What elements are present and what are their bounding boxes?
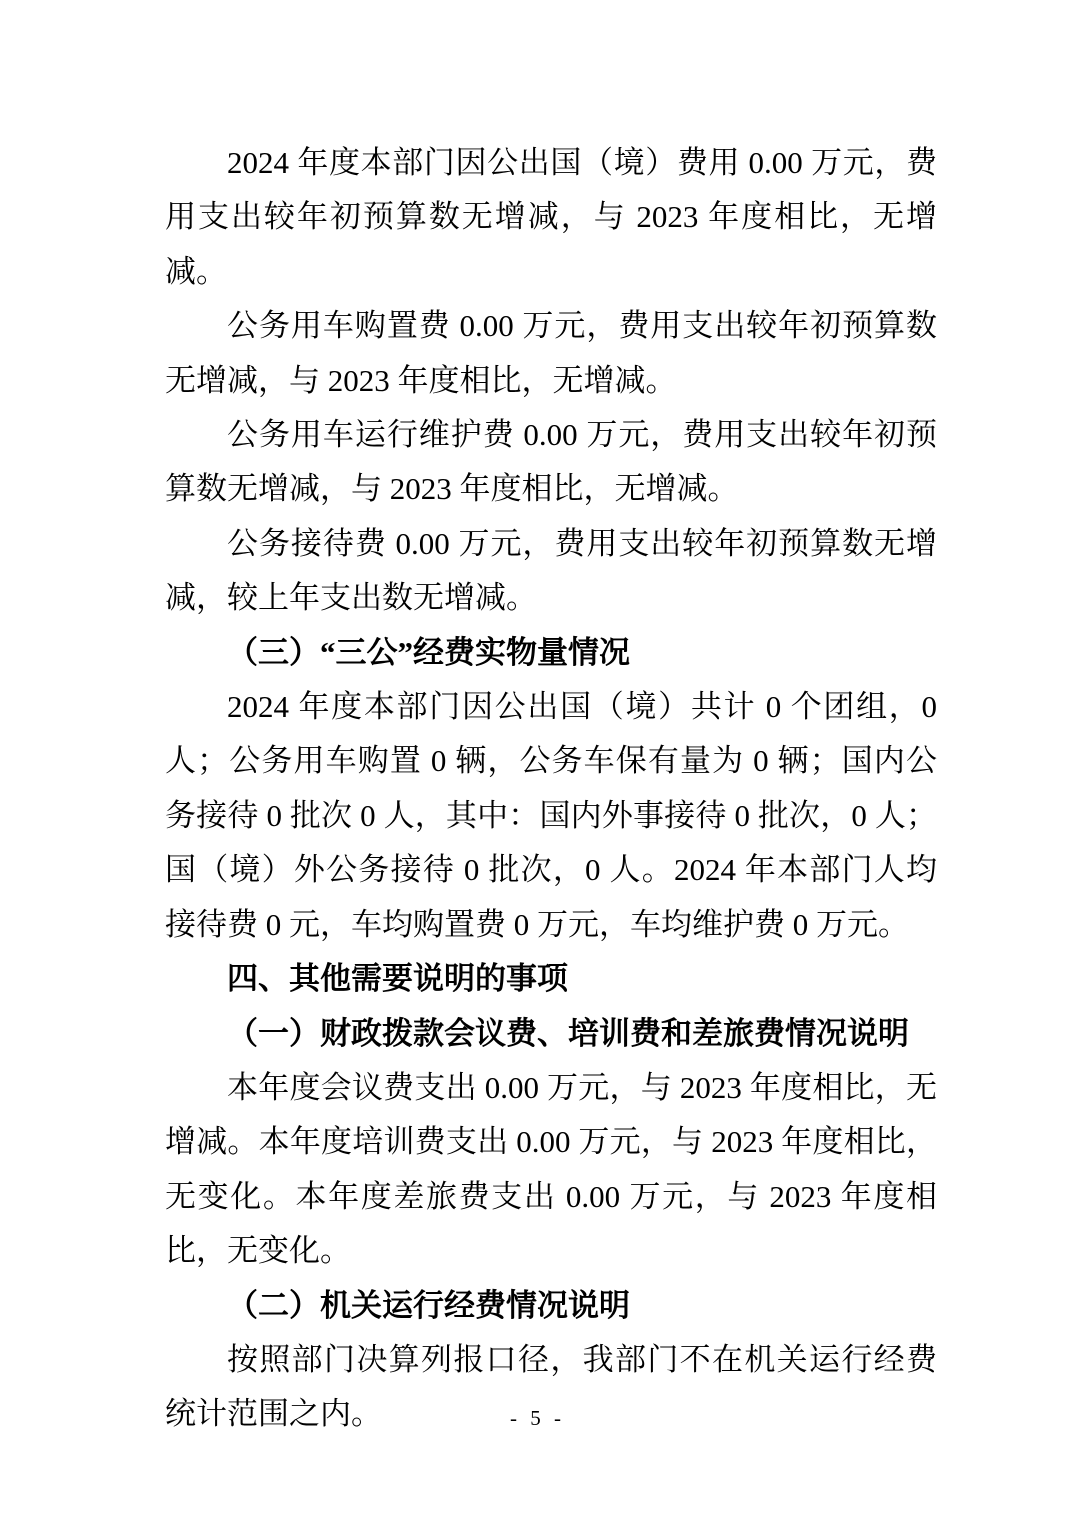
page-footer: - 5 - — [0, 1406, 1075, 1431]
section-heading: （二）机关运行经费情况说明 — [165, 1279, 937, 1333]
paragraph: 2024 年度本部门因公出国（境）共计 0 个团组，0 人；公务用车购置 0 辆… — [165, 680, 937, 952]
paragraph: 公务接待费 0.00 万元，费用支出较年初预算数无增减，较上年支出数无增减。 — [165, 517, 937, 626]
document-page: 2024 年度本部门因公出国（境）费用 0.00 万元，费用支出较年初预算数无增… — [0, 0, 1075, 1520]
page-number: - 5 - — [510, 1406, 565, 1430]
paragraph: 本年度会议费支出 0.00 万元，与 2023 年度相比，无增减。本年度培训费支… — [165, 1061, 937, 1279]
document-body: 2024 年度本部门因公出国（境）费用 0.00 万元，费用支出较年初预算数无增… — [165, 136, 937, 1442]
paragraph: 公务用车购置费 0.00 万元，费用支出较年初预算数无增减，与 2023 年度相… — [165, 299, 937, 408]
paragraph: 2024 年度本部门因公出国（境）费用 0.00 万元，费用支出较年初预算数无增… — [165, 136, 937, 299]
section-heading: 四、其他需要说明的事项 — [165, 952, 937, 1006]
section-heading: （一）财政拨款会议费、培训费和差旅费情况说明 — [165, 1007, 937, 1061]
paragraph: 公务用车运行维护费 0.00 万元，费用支出较年初预算数无增减，与 2023 年… — [165, 408, 937, 517]
section-heading: （三）“三公”经费实物量情况 — [165, 626, 937, 680]
